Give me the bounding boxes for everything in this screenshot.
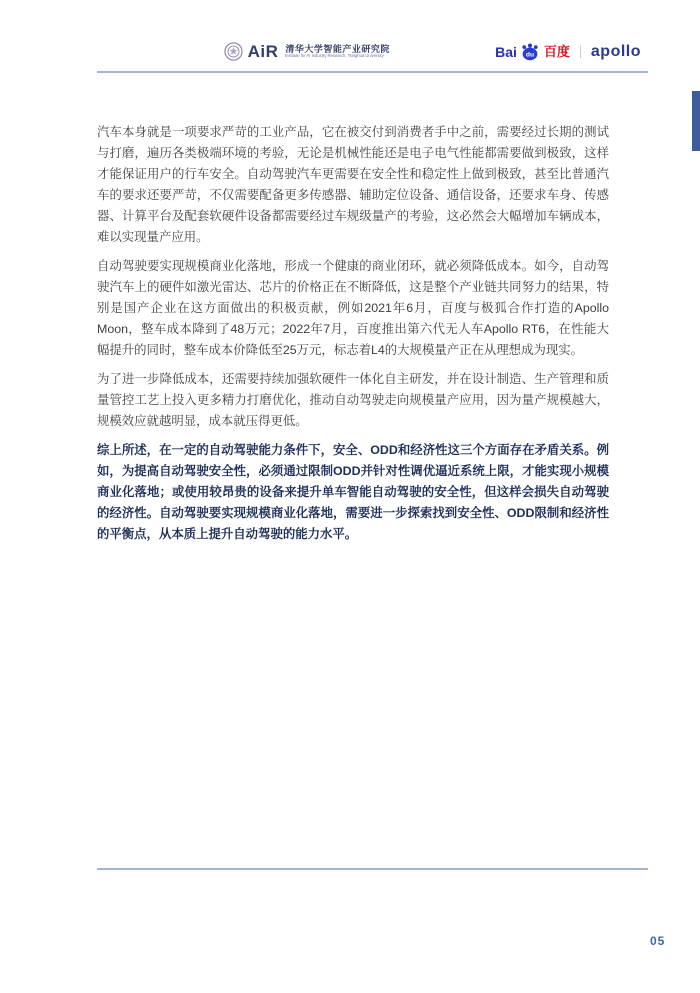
document-page: AiR 清华大学智能产业研究院 Institute for AI Industr… [0, 0, 700, 993]
air-en-name: Institute for AI Industry Research, Tsin… [285, 54, 384, 57]
apollo-logo: apollo [591, 44, 641, 60]
header: AiR 清华大学智能产业研究院 Institute for AI Industr… [224, 42, 641, 61]
baidu-logo-bai: Bai [495, 45, 517, 59]
paragraph-2: 自动驾驶要实现规模商业化落地，形成一个健康的商业闭环，就必须降低成本。如今，自动… [97, 256, 609, 361]
chapter-side-tab [692, 91, 700, 151]
air-logo-names: 清华大学智能产业研究院 Institute for AI Industry Re… [285, 44, 475, 60]
paragraph-1: 汽车本身就是一项要求严苛的工业产品，它在被交付到消费者手中之前，需要经过长期的测… [97, 122, 609, 248]
paragraph-3: 为了进一步降低成本，还需要持续加强软硬件一体化自主研发，并在设计制造、生产管理和… [97, 369, 609, 432]
tsinghua-seal-icon [224, 42, 243, 61]
page-number: 05 [650, 934, 665, 948]
baidu-paw-icon: du [521, 43, 539, 61]
baidu-logo-cn: 百度 [544, 45, 570, 58]
body-content: 汽车本身就是一项要求严苛的工业产品，它在被交付到消费者手中之前，需要经过长期的测… [97, 122, 609, 553]
conclusion-paragraph: 综上所述，在一定的自动驾驶能力条件下，安全、ODD和经济性这三个方面存在矛盾关系… [97, 440, 609, 545]
logo-divider [580, 45, 581, 58]
footer-rule [97, 868, 648, 870]
baidu-logo-du: du [526, 51, 534, 58]
header-rule [97, 71, 648, 73]
air-logo-text: AiR [248, 43, 279, 60]
air-tsinghua-logo: AiR 清华大学智能产业研究院 Institute for AI Industr… [224, 42, 476, 61]
baidu-apollo-logos: Bai du 百度 apollo [495, 43, 641, 61]
